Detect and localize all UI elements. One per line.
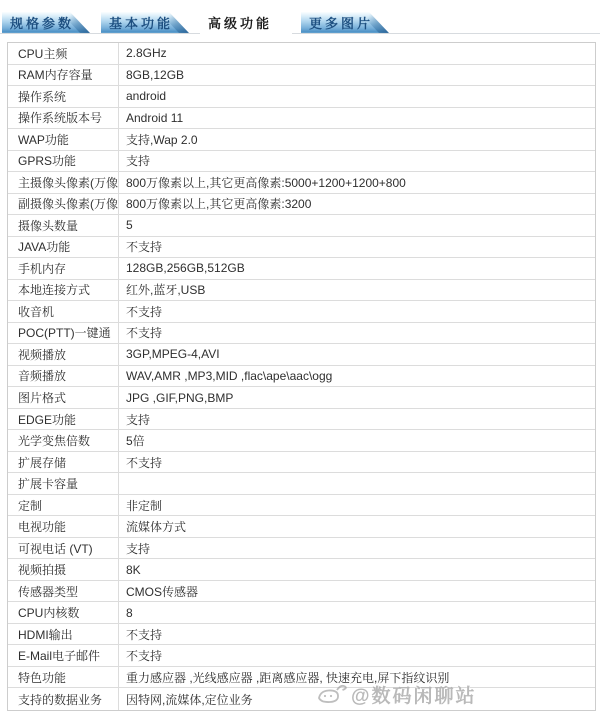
- table-row: 主摄像头像素(万像素) 800万像素以上,其它更高像素:5000+1200+12…: [8, 172, 595, 194]
- spec-label: 主摄像头像素(万像素): [8, 172, 119, 193]
- table-row: HDMI输出 不支持: [8, 624, 595, 646]
- spec-label: 光学变焦倍数: [8, 430, 119, 451]
- table-row: 光学变焦倍数 5倍: [8, 430, 595, 452]
- spec-value: 不支持: [119, 452, 595, 473]
- spec-label: EDGE功能: [8, 409, 119, 430]
- table-row: 扩展存储 不支持: [8, 452, 595, 474]
- table-row: E-Mail电子邮件 不支持: [8, 645, 595, 667]
- spec-label: 本地连接方式: [8, 280, 119, 301]
- table-row: RAM内存容量 8GB,12GB: [8, 65, 595, 87]
- table-row: 图片格式 JPG ,GIF,PNG,BMP: [8, 387, 595, 409]
- tab-bar: 规格参数 基本功能 高级功能 更多图片: [0, 0, 600, 42]
- phone-spec-page: 规格参数 基本功能 高级功能 更多图片 CPU主频 2.8GHz: [0, 0, 600, 713]
- tab-strip-divider: [0, 33, 600, 34]
- spec-value: 5倍: [119, 430, 595, 451]
- spec-label: 收音机: [8, 301, 119, 322]
- spec-value: WAV,AMR ,MP3,MID ,flac\ape\aac\ogg: [119, 366, 595, 387]
- table-row: CPU内核数 8: [8, 602, 595, 624]
- spec-label: WAP功能: [8, 129, 119, 150]
- spec-value: 不支持: [119, 237, 595, 258]
- spec-value: 非定制: [119, 495, 595, 516]
- tab-label: 基本功能: [109, 13, 173, 32]
- spec-value: 支持,Wap 2.0: [119, 129, 595, 150]
- spec-value: JPG ,GIF,PNG,BMP: [119, 387, 595, 408]
- spec-value: 不支持: [119, 624, 595, 645]
- spec-value: 红外,蓝牙,USB: [119, 280, 595, 301]
- tab-more-images[interactable]: 更多图片: [301, 12, 389, 33]
- table-row: WAP功能 支持,Wap 2.0: [8, 129, 595, 151]
- spec-value: 2.8GHz: [119, 43, 595, 64]
- spec-label: 传感器类型: [8, 581, 119, 602]
- spec-value: 3GP,MPEG-4,AVI: [119, 344, 595, 365]
- table-row: 扩展卡容量: [8, 473, 595, 495]
- table-row: 支持的数据业务 因特网,流媒体,定位业务: [8, 688, 595, 710]
- spec-value: Android 11: [119, 108, 595, 129]
- table-row: JAVA功能 不支持: [8, 237, 595, 259]
- table-row: 音频播放 WAV,AMR ,MP3,MID ,flac\ape\aac\ogg: [8, 366, 595, 388]
- spec-label: 视频拍摄: [8, 559, 119, 580]
- table-row: 特色功能 重力感应器 ,光线感应器 ,距离感应器, 快速充电,屏下指纹识别: [8, 667, 595, 689]
- spec-value: 支持: [119, 151, 595, 172]
- table-row: 视频播放 3GP,MPEG-4,AVI: [8, 344, 595, 366]
- spec-label: JAVA功能: [8, 237, 119, 258]
- tab-spec-params[interactable]: 规格参数: [2, 12, 90, 33]
- table-row: 副摄像头像素(万像素) 800万像素以上,其它更高像素:3200: [8, 194, 595, 216]
- spec-value: android: [119, 86, 595, 107]
- spec-label: 支持的数据业务: [8, 688, 119, 710]
- table-row: GPRS功能 支持: [8, 151, 595, 173]
- spec-label: 视频播放: [8, 344, 119, 365]
- table-row: CPU主频 2.8GHz: [8, 43, 595, 65]
- spec-value: 5: [119, 215, 595, 236]
- spec-label: 操作系统版本号: [8, 108, 119, 129]
- spec-value: 800万像素以上,其它更高像素:3200: [119, 194, 595, 215]
- spec-value: 8: [119, 602, 595, 623]
- spec-label: 电视功能: [8, 516, 119, 537]
- spec-label: HDMI输出: [8, 624, 119, 645]
- spec-label: POC(PTT)一键通: [8, 323, 119, 344]
- table-row: 视频拍摄 8K: [8, 559, 595, 581]
- table-row: 传感器类型 CMOS传感器: [8, 581, 595, 603]
- spec-label: 手机内存: [8, 258, 119, 279]
- spec-value: 重力感应器 ,光线感应器 ,距离感应器, 快速充电,屏下指纹识别: [119, 667, 595, 688]
- spec-label: 定制: [8, 495, 119, 516]
- spec-label: 可视电话 (VT): [8, 538, 119, 559]
- spec-label: 扩展存储: [8, 452, 119, 473]
- spec-value: 支持: [119, 409, 595, 430]
- spec-value: CMOS传感器: [119, 581, 595, 602]
- spec-label: 特色功能: [8, 667, 119, 688]
- table-row: 收音机 不支持: [8, 301, 595, 323]
- table-row: 操作系统版本号 Android 11: [8, 108, 595, 130]
- spec-table: CPU主频 2.8GHz RAM内存容量 8GB,12GB 操作系统 andro…: [7, 42, 596, 711]
- spec-label: E-Mail电子邮件: [8, 645, 119, 666]
- table-row: 可视电话 (VT) 支持: [8, 538, 595, 560]
- table-row: 本地连接方式 红外,蓝牙,USB: [8, 280, 595, 302]
- spec-value: 不支持: [119, 645, 595, 666]
- spec-value: 支持: [119, 538, 595, 559]
- spec-label: CPU内核数: [8, 602, 119, 623]
- tab-advanced-functions[interactable]: 高级功能: [200, 4, 292, 40]
- table-row: 摄像头数量 5: [8, 215, 595, 237]
- spec-value: 流媒体方式: [119, 516, 595, 537]
- spec-value: 8K: [119, 559, 595, 580]
- tab-label: 高级功能: [208, 13, 272, 32]
- table-row: 操作系统 android: [8, 86, 595, 108]
- tab-basic-functions[interactable]: 基本功能: [101, 12, 189, 33]
- tab-list: 规格参数 基本功能 高级功能 更多图片: [2, 0, 400, 40]
- spec-value: [119, 473, 595, 494]
- spec-value: 不支持: [119, 323, 595, 344]
- spec-label: 摄像头数量: [8, 215, 119, 236]
- table-row: EDGE功能 支持: [8, 409, 595, 431]
- table-row: POC(PTT)一键通 不支持: [8, 323, 595, 345]
- spec-label: 副摄像头像素(万像素): [8, 194, 119, 215]
- tab-label: 更多图片: [309, 13, 373, 32]
- spec-label: 操作系统: [8, 86, 119, 107]
- spec-label: 图片格式: [8, 387, 119, 408]
- tab-label: 规格参数: [10, 13, 74, 32]
- spec-value: 800万像素以上,其它更高像素:5000+1200+1200+800: [119, 172, 595, 193]
- spec-label: 扩展卡容量: [8, 473, 119, 494]
- spec-label: CPU主频: [8, 43, 119, 64]
- spec-value: 不支持: [119, 301, 595, 322]
- spec-label: RAM内存容量: [8, 65, 119, 86]
- spec-value: 128GB,256GB,512GB: [119, 258, 595, 279]
- table-row: 电视功能 流媒体方式: [8, 516, 595, 538]
- table-row: 定制 非定制: [8, 495, 595, 517]
- spec-value: 因特网,流媒体,定位业务: [119, 688, 595, 710]
- spec-label: 音频播放: [8, 366, 119, 387]
- spec-label: GPRS功能: [8, 151, 119, 172]
- spec-value: 8GB,12GB: [119, 65, 595, 86]
- table-row: 手机内存 128GB,256GB,512GB: [8, 258, 595, 280]
